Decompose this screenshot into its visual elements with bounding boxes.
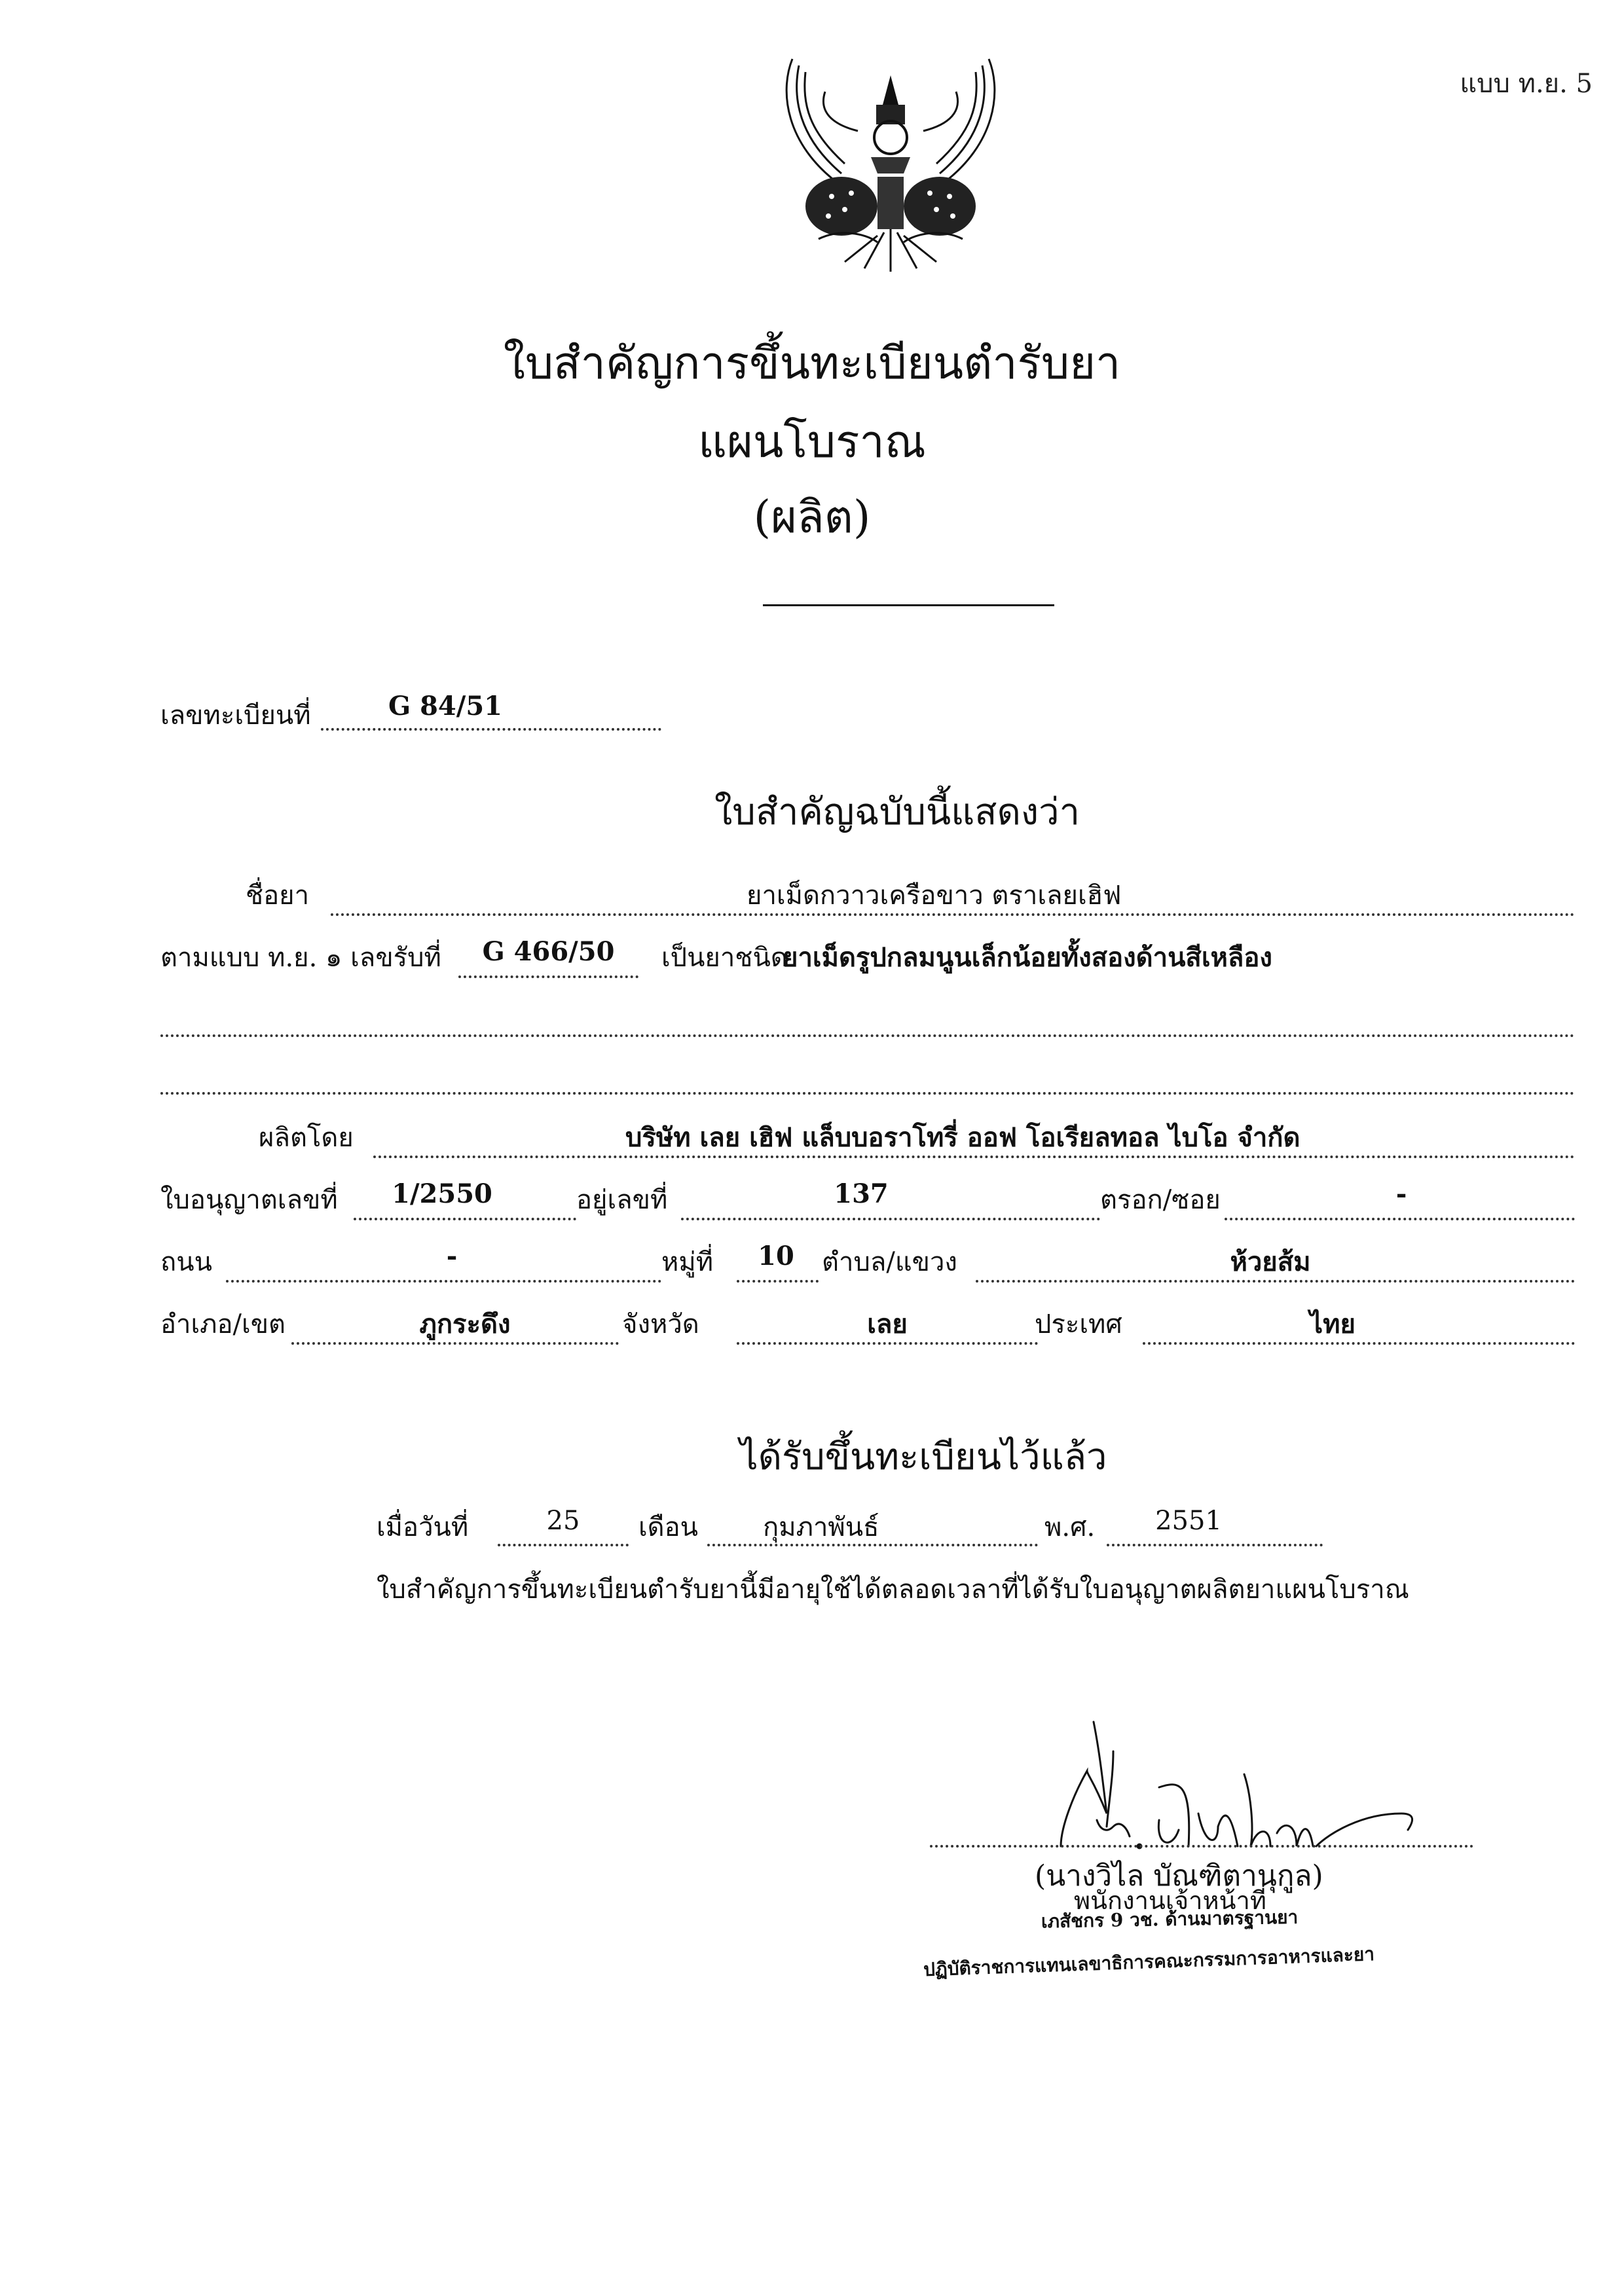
blank-line-2 xyxy=(160,1092,1575,1095)
garuda-emblem-icon xyxy=(779,52,1002,275)
country-label: ประเทศ xyxy=(1035,1303,1122,1345)
year-value: 2551 xyxy=(1139,1506,1238,1536)
validity-note: ใบสำคัญการขึ้นทะเบียนตำรับยานี้มีอายุใช้… xyxy=(377,1568,1409,1610)
house-number-label: อยู่เลขที่ xyxy=(576,1178,667,1220)
signatory-acting: ปฏิบัติราชการแทนเลขาธิการคณะกรรมการอาหาร… xyxy=(923,1940,1375,1984)
alley-label: ตรอก/ซอย xyxy=(1100,1178,1221,1220)
house-number-dots xyxy=(681,1218,1100,1220)
signature-icon xyxy=(1022,1715,1441,1866)
moo-label: หมู่ที่ xyxy=(661,1241,713,1283)
province-value: เลย xyxy=(838,1303,936,1345)
manufacturer-label: ผลิตโดย xyxy=(259,1116,354,1158)
certify-heading: ใบสำคัญฉบับนี้แสดงว่า xyxy=(0,782,1624,841)
district-label: อำเภอ/เขต xyxy=(160,1303,286,1345)
day-value: 25 xyxy=(524,1506,602,1536)
drug-type-value: ยาเม็ดรูปกลมนูนเล็กน้อยทั้งสองด้านสีเหลื… xyxy=(783,936,1272,978)
road-label: ถนน xyxy=(160,1241,212,1283)
signature-line xyxy=(930,1845,1473,1848)
alley-value: - xyxy=(1362,1178,1441,1209)
registration-dots xyxy=(321,728,661,731)
day-label: เมื่อวันที่ xyxy=(377,1506,468,1548)
registered-heading: ได้รับขึ้นทะเบียนไว้แล้ว xyxy=(0,1427,1624,1485)
house-number-value: 137 xyxy=(812,1178,910,1209)
road-dots xyxy=(226,1280,661,1283)
license-dots xyxy=(354,1218,576,1220)
registration-label: เลขทะเบียนที่ xyxy=(160,694,311,736)
province-label: จังหวัด xyxy=(622,1303,699,1345)
road-value: - xyxy=(413,1241,491,1271)
moo-dots xyxy=(737,1280,819,1283)
year-label: พ.ศ. xyxy=(1044,1506,1095,1548)
blank-line-1 xyxy=(160,1034,1575,1037)
form-number-value: G 466/50 xyxy=(458,936,638,967)
license-label: ใบอนุญาตเลขที่ xyxy=(160,1178,338,1220)
moo-value: 10 xyxy=(743,1241,809,1271)
month-value: กุมภาพันธ์ xyxy=(763,1506,879,1548)
manufacturer-value: บริษัท เลย เฮิฟ แล็บบอราโทรี่ ออฟ โอเรีย… xyxy=(625,1116,1301,1158)
form-number-dots xyxy=(458,975,638,978)
subdistrict-value: ห้วยส้ม xyxy=(1192,1241,1349,1283)
document-type: (ผลิต) xyxy=(0,481,1624,552)
license-value: 1/2550 xyxy=(377,1178,507,1209)
drug-name-value: ยาเม็ดกวาวเครือขาว ตราเลยเฮิฟ xyxy=(747,874,1121,916)
document-subtitle: แผนโบราณ xyxy=(0,406,1624,477)
country-value: ไทย xyxy=(1283,1303,1382,1345)
document-title: ใบสำคัญการขึ้นทะเบียนตำรับยา xyxy=(0,327,1624,398)
year-dots xyxy=(1107,1544,1323,1546)
month-label: เดือน xyxy=(638,1506,698,1548)
title-divider xyxy=(763,604,1054,606)
signatory-title: เภสัชกร 9 วช. ด้านมาตรฐานยา xyxy=(1041,1903,1299,1937)
drug-type-label: เป็นยาชนิด xyxy=(661,936,788,978)
drug-name-label: ชื่อยา xyxy=(246,874,309,916)
district-value: ภูกระดึง xyxy=(393,1303,537,1345)
subdistrict-label: ตำบล/แขวง xyxy=(822,1241,957,1283)
form-number-label: ตามแบบ ท.ย. ๑ เลขรับที่ xyxy=(160,936,441,978)
day-dots xyxy=(498,1544,629,1546)
registration-number: G 84/51 xyxy=(321,691,570,721)
alley-dots xyxy=(1225,1218,1575,1220)
form-code: แบบ ท.ย. 5 xyxy=(1460,62,1593,104)
